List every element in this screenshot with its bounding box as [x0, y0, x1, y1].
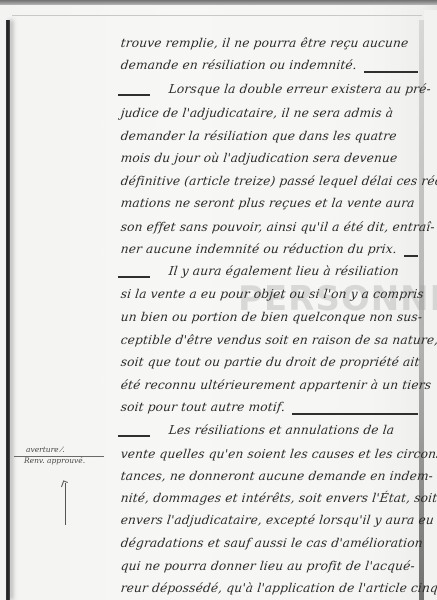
manuscript-line: envers l'adjudicataire, excepté lorsqu'i… — [120, 513, 435, 527]
manuscript-line: tances, ne donneront aucune demande en i… — [120, 469, 434, 483]
manuscript-line: Il y aura également lieu à résiliation — [168, 264, 399, 278]
manuscript-line: qui ne pourra donner lieu au profit de l… — [120, 559, 415, 573]
manuscript-page: PERSONNEL trouve remplie, il ne pourra ê… — [0, 5, 437, 600]
manuscript-line: soit que tout ou partie du droit de prop… — [120, 355, 420, 369]
manuscript-line: soit pour tout autre motif. — [120, 400, 286, 414]
manuscript-line: définitive (article treize) passé lequel… — [120, 174, 437, 188]
left-margin-binding-line — [6, 20, 10, 600]
manuscript-line: vente quelles qu'en soient les causes et… — [120, 447, 437, 461]
manuscript-line: demander la résiliation que dans les qua… — [120, 129, 397, 143]
manuscript-line: dégradations et sauf aussi le cas d'amél… — [120, 536, 424, 550]
manuscript-line: reur dépossédé, qu'à l'application de l'… — [120, 581, 437, 595]
line-end-rule — [404, 255, 418, 257]
page-top-rule — [12, 15, 422, 16]
manuscript-line: si la vente a eu pour objet ou si l'on y… — [120, 287, 424, 301]
manuscript-line: judice de l'adjudicataire, il ne sera ad… — [120, 106, 394, 120]
paragraph-lead-dash — [118, 276, 150, 278]
manuscript-line: mois du jour où l'adjudication sera deve… — [120, 151, 398, 165]
margin-annotation-line-2: Renv. approuvé. — [24, 456, 85, 465]
manuscript-line: trouve remplie, il ne pourra être reçu a… — [120, 36, 409, 50]
manuscript-line: son effet sans pouvoir, ainsi qu'il a ét… — [120, 220, 435, 234]
margin-annotation-line-1: averture ⁄. — [26, 445, 65, 454]
manuscript-line: un bien ou portion de bien quelconque no… — [120, 310, 423, 324]
right-page-edge — [424, 10, 437, 600]
line-end-rule — [292, 413, 418, 415]
paragraph-lead-dash — [118, 94, 150, 96]
manuscript-line: mations ne seront plus reçues et la vent… — [120, 196, 415, 210]
manuscript-line: demande en résiliation ou indemnité. — [120, 58, 358, 72]
manuscript-line: été reconnu ultérieurement appartenir à … — [120, 378, 432, 392]
manuscript-line: Lorsque la double erreur existera au pré… — [168, 82, 432, 96]
line-end-rule — [364, 71, 418, 73]
manuscript-line: Les résiliations et annulations de la — [168, 423, 395, 437]
margin-arrow-icon — [65, 483, 66, 525]
manuscript-line: nité, dommages et intérêts, soit envers … — [120, 491, 437, 505]
manuscript-line: ceptible d'être vendus soit en raison de… — [120, 333, 437, 347]
manuscript-line: ner aucune indemnité ou réduction du pri… — [120, 242, 398, 256]
paragraph-lead-dash — [118, 435, 150, 437]
